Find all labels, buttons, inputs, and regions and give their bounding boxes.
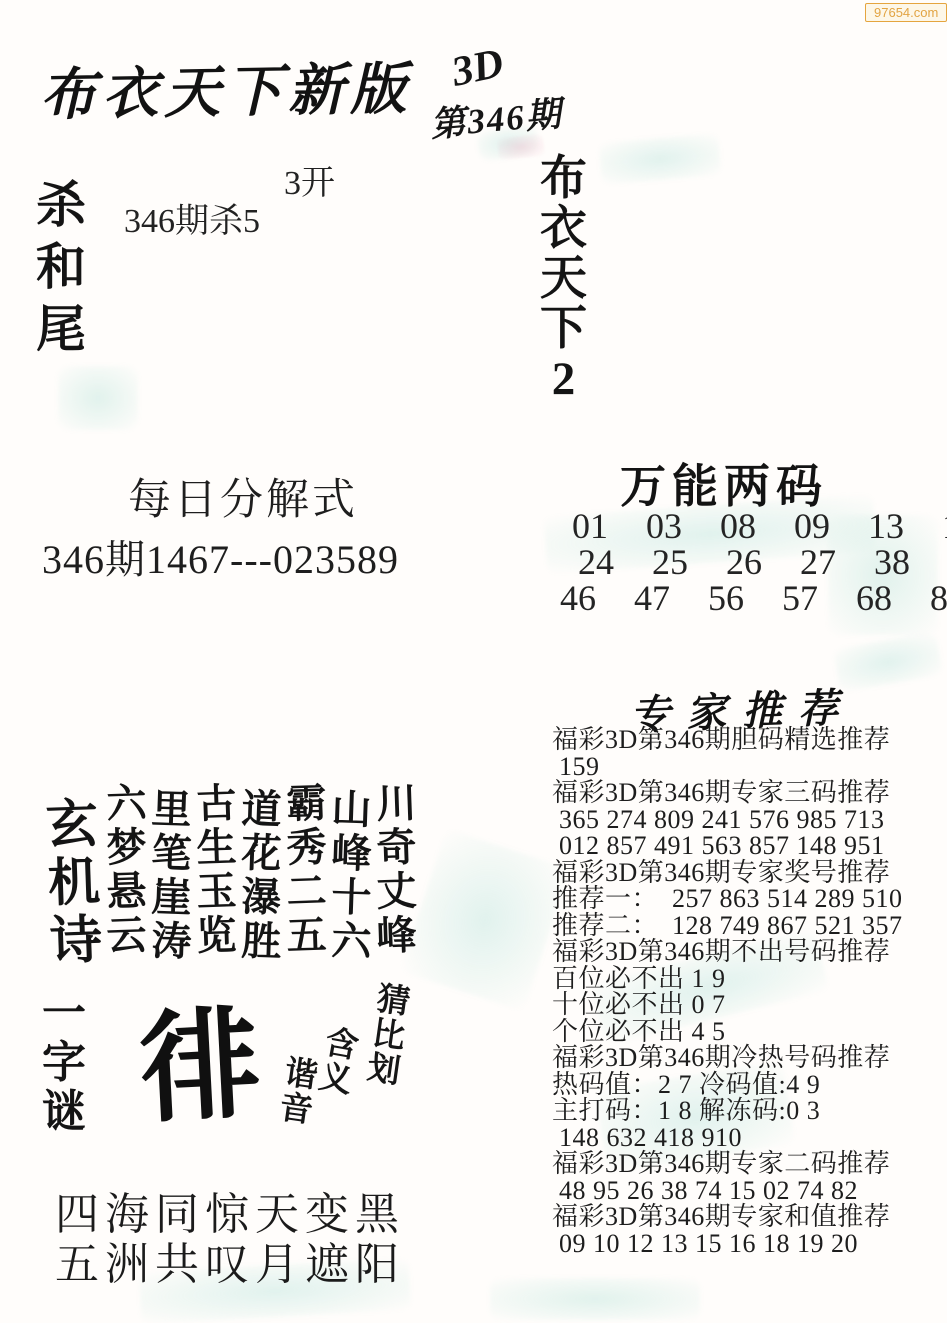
riddle-hint-meaning: 含义 <box>316 1026 361 1101</box>
expert-line: 福彩3D第346期专家二码推荐 <box>552 1151 944 1178</box>
char: 六 <box>103 783 149 825</box>
open-count-text: 3开 <box>284 155 335 204</box>
watermark-blob <box>598 133 721 185</box>
riddle-character: 徘 <box>137 1005 263 1131</box>
char: 和 <box>36 242 86 292</box>
char: 胜 <box>238 921 284 963</box>
expert-line: 热码值：2 7 冷码值:4 9 <box>552 1072 944 1099</box>
char: 道 <box>238 789 284 831</box>
kill-sum-tail-vertical: 杀和尾 <box>36 180 86 354</box>
watermark-blob <box>400 829 570 1012</box>
mystery-poem-label: 玄机诗 <box>45 799 103 969</box>
char: 十 <box>328 877 374 919</box>
char: 悬 <box>103 871 149 913</box>
char: 里 <box>148 789 194 831</box>
daily-decompose-title: 每日分解式 <box>128 466 358 527</box>
char: 布 <box>540 156 587 203</box>
char: 六 <box>328 921 374 963</box>
lottery-tip-sheet: 97654.com 布衣天下新版 3D 第346期 346期杀5 3开 杀和尾 … <box>0 0 947 1323</box>
char: 比 <box>370 1017 408 1056</box>
poem-row: 梦笔生花秀峰奇 <box>104 830 419 870</box>
char: 杀 <box>36 180 86 230</box>
char: 下 <box>540 306 587 353</box>
expert-line: 福彩3D第346期不出号码推荐 <box>552 939 944 966</box>
char: 玉 <box>193 871 239 913</box>
expert-recommend-lines: 福彩3D第346期胆码精选推荐 159福彩3D第346期专家三码推荐 365 2… <box>552 727 944 1257</box>
char: 玄 <box>45 799 99 853</box>
char: 丈 <box>373 871 419 913</box>
game-label: 3D <box>448 39 508 97</box>
expert-line: 09 10 12 13 15 16 18 19 20 <box>552 1231 944 1258</box>
riddle-hint-homophone: 谐音 <box>277 1056 319 1130</box>
char: 机 <box>47 857 101 911</box>
daily-decompose-formula: 346期1467---023589 <box>42 528 399 585</box>
expert-line: 福彩3D第346期专家奖号推荐 <box>552 860 944 887</box>
char: 天 <box>540 256 587 303</box>
char: 诗 <box>49 915 103 969</box>
char: 川 <box>373 783 419 825</box>
kill-info-line: 346期杀5 3开 <box>90 155 260 318</box>
expert-line: 主打码：1 8 解冻码:0 3 <box>552 1098 944 1125</box>
expert-line: 十位必不出 0 7 <box>552 992 944 1019</box>
riddle-hint-guess-strokes: 猜比划 <box>365 982 412 1090</box>
char: 云 <box>103 915 149 957</box>
char: 峰 <box>328 833 374 875</box>
char: 谐 <box>282 1056 320 1095</box>
char: 2 <box>552 356 576 403</box>
char: 峰 <box>373 915 419 957</box>
expert-line: 福彩3D第346期胆码精选推荐 <box>552 727 944 754</box>
char: 山 <box>328 789 374 831</box>
char: 二 <box>283 871 329 913</box>
brand-vertical: 布衣天下2 <box>540 156 587 403</box>
kill-number-text: 346期杀5 <box>124 203 260 240</box>
char: 涛 <box>148 921 194 963</box>
char: 览 <box>193 915 239 957</box>
watermark-blob <box>490 1278 700 1320</box>
two-codes-row: 24 25 26 27 38 39 45? <box>578 544 912 580</box>
mystery-poem: 六里古道霸山川 梦笔生花秀峰奇 悬崖玉瀑二十丈 云涛览胜五六峰 <box>104 786 419 962</box>
expert-line: 福彩3D第346期专家三码推荐 <box>552 780 944 807</box>
char: 花 <box>238 833 284 875</box>
expert-line: 个位必不出 4 5 <box>552 1019 944 1046</box>
universal-two-codes-rows: 01 03 08 09 13 18 19?24 25 26 27 38 39 4… <box>552 508 912 616</box>
expert-line: 148 632 418 910 <box>552 1125 944 1152</box>
char: 一 <box>42 992 86 1036</box>
char: 猜 <box>375 982 413 1021</box>
site-badge[interactable]: 97654.com <box>865 3 947 22</box>
expert-line: 365 274 809 241 576 985 713 <box>552 807 944 834</box>
char: 秀 <box>283 827 329 869</box>
two-codes-row: 01 03 08 09 13 18 19? <box>572 508 912 544</box>
expert-line: 福彩3D第346期冷热号码推荐 <box>552 1045 944 1072</box>
expert-line: 百位必不出 1 9 <box>552 966 944 993</box>
expert-line: 159 <box>552 754 944 781</box>
char: 音 <box>277 1091 315 1130</box>
char: 古 <box>193 783 239 825</box>
expert-line: 推荐二： 128 749 867 521 357 <box>552 913 944 940</box>
char-riddle-label: 一字谜 <box>42 992 86 1134</box>
expert-line: 48 95 26 38 74 15 02 74 82 <box>552 1178 944 1205</box>
char: 划 <box>365 1051 403 1090</box>
expert-line: 福彩3D第346期专家和值推荐 <box>552 1204 944 1231</box>
two-codes-row: 46 47 56 57 68 89 <box>560 580 912 616</box>
char: 义 <box>316 1060 355 1100</box>
char: 奇 <box>373 827 419 869</box>
char: 字 <box>42 1041 86 1085</box>
watermark-blob <box>58 366 138 430</box>
poem-row: 六里古道霸山川 <box>104 786 419 826</box>
char: 霸 <box>283 783 329 825</box>
char: 笔 <box>148 833 194 875</box>
char: 生 <box>193 827 239 869</box>
char: 梦 <box>103 827 149 869</box>
poem-row: 悬崖玉瀑二十丈 <box>104 874 419 914</box>
char: 瀑 <box>238 877 284 919</box>
char: 谜 <box>42 1090 86 1134</box>
char: 五 <box>283 915 329 957</box>
couplet-line-2: 五洲共叹月遮阳 <box>55 1228 405 1292</box>
expert-line: 推荐一： 257 863 514 289 510 <box>552 886 944 913</box>
char: 崖 <box>148 877 194 919</box>
char: 尾 <box>36 304 86 354</box>
poem-row: 云涛览胜五六峰 <box>104 918 419 958</box>
page-title: 布衣天下新版 <box>39 45 412 131</box>
issue-label: 第346期 <box>428 86 564 147</box>
expert-line: 012 857 491 563 857 148 951 <box>552 833 944 860</box>
char: 衣 <box>540 206 587 253</box>
